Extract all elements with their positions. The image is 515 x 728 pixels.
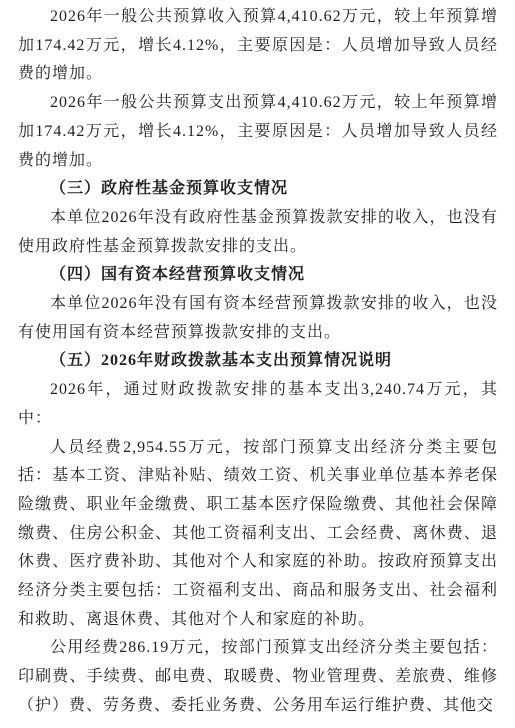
para-state-capital-budget: 本单位2026年没有国有资本经营预算拨款安排的收入，也没有使用国有资本经营预算拨…: [18, 290, 498, 347]
heading-fiscal-basic-expenditure: （五）2026年财政拨款基本支出预算情况说明: [18, 347, 498, 376]
para-general-budget-income: 2026年一般公共预算收入预算4,410.62万元，较上年预算增加174.42万…: [18, 3, 498, 89]
para-public-expenses: 公用经费286.19万元，按部门预算支出经济分类主要包括：印刷费、手续费、邮电费…: [18, 634, 498, 720]
heading-govt-fund-budget: （三）政府性基金预算收支情况: [18, 175, 498, 204]
para-fiscal-basic-expenditure-total: 2026年，通过财政拨款安排的基本支出3,240.74万元，其中：: [18, 376, 498, 433]
para-personnel-expenses: 人员经费2,954.55万元，按部门预算支出经济分类主要包括：基本工资、津贴补贴…: [18, 434, 498, 635]
para-govt-fund-budget: 本单位2026年没有政府性基金预算拨款安排的收入，也没有使用政府性基金预算拨款安…: [18, 204, 498, 261]
para-general-budget-expenditure: 2026年一般公共预算支出预算4,410.62万元，较上年预算增加174.42万…: [18, 89, 498, 175]
document-page: 2026年一般公共预算收入预算4,410.62万元，较上年预算增加174.42万…: [0, 0, 515, 728]
heading-state-capital-budget: （四）国有资本经营预算收支情况: [18, 261, 498, 290]
